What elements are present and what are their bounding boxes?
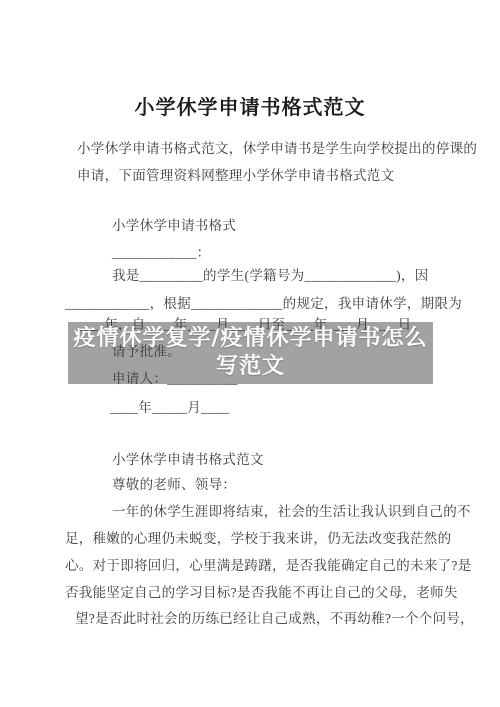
overlay-banner-line-1: 疫情休学复学/疫情休学申请书怎么 [68,325,433,353]
form-heading: 小学休学申请书格式 [112,218,236,234]
page-title: 小学休学申请书格式范文 [0,91,500,120]
overlay-banner-line-2: 写范文 [68,353,433,381]
overlay-banner-title[interactable]: 疫情休学复学/疫情休学申请书怎么 写范文 [68,325,433,381]
sample-body-line: 望?是否此时社会的历练已经让自己成熟，不再幼稚?一个个问号， [75,611,474,627]
form-blank-salutation-line: ____________： [112,245,210,261]
sample-body-line: 一年的休学生涯即将结束，社会的生活让我认识到自己的不 [112,504,471,520]
form-date-line: ____年_____月____ [110,400,229,416]
intro-line-1: 小学休学申请书格式范文，休学申请书是学生向学校提出的停课的 [77,141,477,157]
sample-body-line: 心。对于即将回归，心里满是踌躇，是否我能确定自己的未来了?是 [65,558,472,574]
sample-salutation: 尊敬的老师、领导： [112,477,236,493]
document-page: 小学休学申请书格式范文 小学休学申请书格式范文，休学申请书是学生向学校提出的停课… [0,0,500,707]
intro-line-2: 申请，下面管理资料网整理小学休学申请书格式范文 [77,168,394,184]
form-student-line: 我是_________的学生(学籍号为_____________)，因 [112,268,429,284]
form-basis-line: ____________，根据_____________的规定，我申请休学，期限… [65,296,462,312]
sample-body-line: 否我能坚定自己的学习目标?是否我能不再让自己的父母，老师失 [65,585,458,601]
sample-heading: 小学休学申请书格式范文 [112,452,264,468]
sample-body-line: 足，稚嫩的心理仍未蜕变，学校于我来讲，仍无法改变我茫然的 [65,531,451,547]
